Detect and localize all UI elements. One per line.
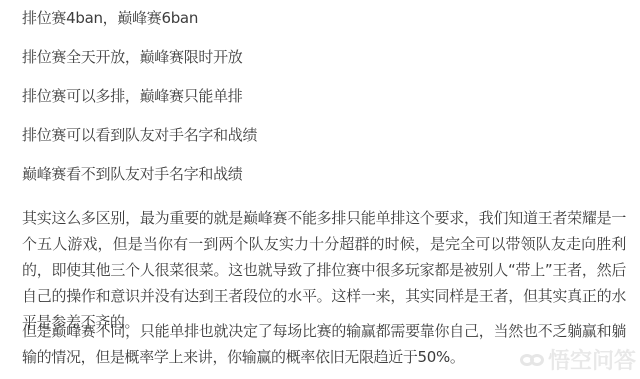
- watermark: 悟空问答: [520, 344, 636, 375]
- comparison-line-ban: 排位赛4ban，巅峰赛6ban: [22, 8, 198, 28]
- comparison-line-visible-stats: 排位赛可以看到队友对手名字和战绩: [22, 125, 257, 145]
- paragraph-explanation: 其实这么多区别，最为重要的就是巅峰赛不能多排只能单排这个要求，我们知道王者荣耀是…: [22, 205, 626, 335]
- watermark-text: 悟空问答: [548, 344, 636, 375]
- comparison-line-team: 排位赛可以多排，巅峰赛只能单排: [22, 86, 243, 106]
- comparison-line-open-time: 排位赛全天开放，巅峰赛限时开放: [22, 47, 243, 67]
- wukong-logo-icon: [520, 353, 542, 367]
- comparison-line-hidden-stats: 巅峰赛看不到队友对手名字和战绩: [22, 164, 243, 184]
